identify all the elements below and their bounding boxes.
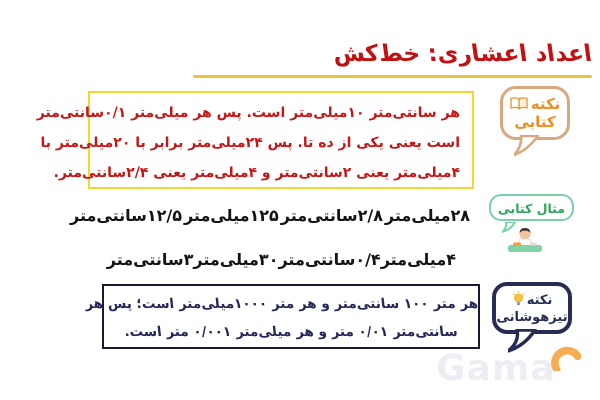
book-note-badge: نکته کتابی bbox=[498, 86, 576, 170]
gama-swoosh-icon bbox=[549, 341, 583, 375]
student-icon bbox=[504, 226, 546, 260]
example-value: ۲/۸سانتی‌متر bbox=[281, 206, 383, 225]
example-value: ۱۲/۵سانتی‌متر bbox=[70, 206, 182, 225]
speech-bubble: مثال کتابی bbox=[489, 194, 574, 221]
note-line: ۴میلی‌متر یعنی ۲سانتی‌متر و ۴میلی‌متر یع… bbox=[102, 158, 460, 188]
smart-note-line: هر متر ۱۰۰ سانتی‌متر و هر متر ۱۰۰۰میلی‌م… bbox=[103, 290, 480, 318]
note-line: است یعنی یکی از ده تا. پس ۲۴میلی‌متر برا… bbox=[102, 128, 460, 158]
example-value: ۴میلی‌متر bbox=[381, 250, 456, 269]
example-value: ۳سانتی‌متر bbox=[107, 250, 194, 269]
speech-bubble: نکته تیزهوشانی bbox=[492, 282, 572, 334]
book-note-box: هر سانتی‌متر ۱۰میلی‌متر است. پس هر میلی‌… bbox=[88, 91, 474, 189]
smart-note-box: هر متر ۱۰۰ سانتی‌متر و هر متر ۱۰۰۰میلی‌م… bbox=[102, 284, 480, 349]
page-title: اعداد اعشاری: خط‌کش bbox=[331, 41, 594, 69]
example-row-2: ۴میلی‌متر ۰/۴سانتی‌متر ۳۰میلی‌متر ۳سانتی… bbox=[118, 250, 456, 269]
gama-watermark: Gama bbox=[436, 351, 556, 387]
speech-bubble: نکته کتابی bbox=[500, 86, 570, 140]
title-underline bbox=[193, 75, 592, 78]
example-row-1: ۲۸میلی‌متر ۲/۸سانتی‌متر ۱۲۵میلی‌متر ۱۲/۵… bbox=[70, 206, 470, 225]
badge-label: تیزهوشانی bbox=[496, 310, 567, 325]
badge-label: نکته bbox=[531, 96, 561, 113]
example-value: ۱۲۵میلی‌متر bbox=[184, 206, 279, 225]
example-value: ۲۸میلی‌متر bbox=[385, 206, 470, 225]
example-value: ۳۰میلی‌متر bbox=[193, 250, 278, 269]
badge-label: مثال کتابی bbox=[498, 201, 565, 216]
smart-note-line: سانتی‌متر ۰/۰۱ متر و هر میلی‌متر ۰/۰۰۱ م… bbox=[103, 318, 480, 346]
speech-tail bbox=[514, 135, 544, 162]
lightbulb-icon bbox=[512, 291, 525, 310]
example-value: ۰/۴سانتی‌متر bbox=[278, 250, 380, 269]
slide: اعداد اعشاری: خط‌کش هر سانتی‌متر ۱۰میلی‌… bbox=[0, 0, 600, 400]
note-line: هر سانتی‌متر ۱۰میلی‌متر است. پس هر میلی‌… bbox=[102, 98, 460, 128]
book-example-badge: مثال کتابی bbox=[488, 194, 576, 264]
open-book-icon bbox=[510, 95, 528, 114]
badge-label: کتابی bbox=[514, 114, 555, 131]
badge-label: نکته bbox=[527, 293, 553, 308]
